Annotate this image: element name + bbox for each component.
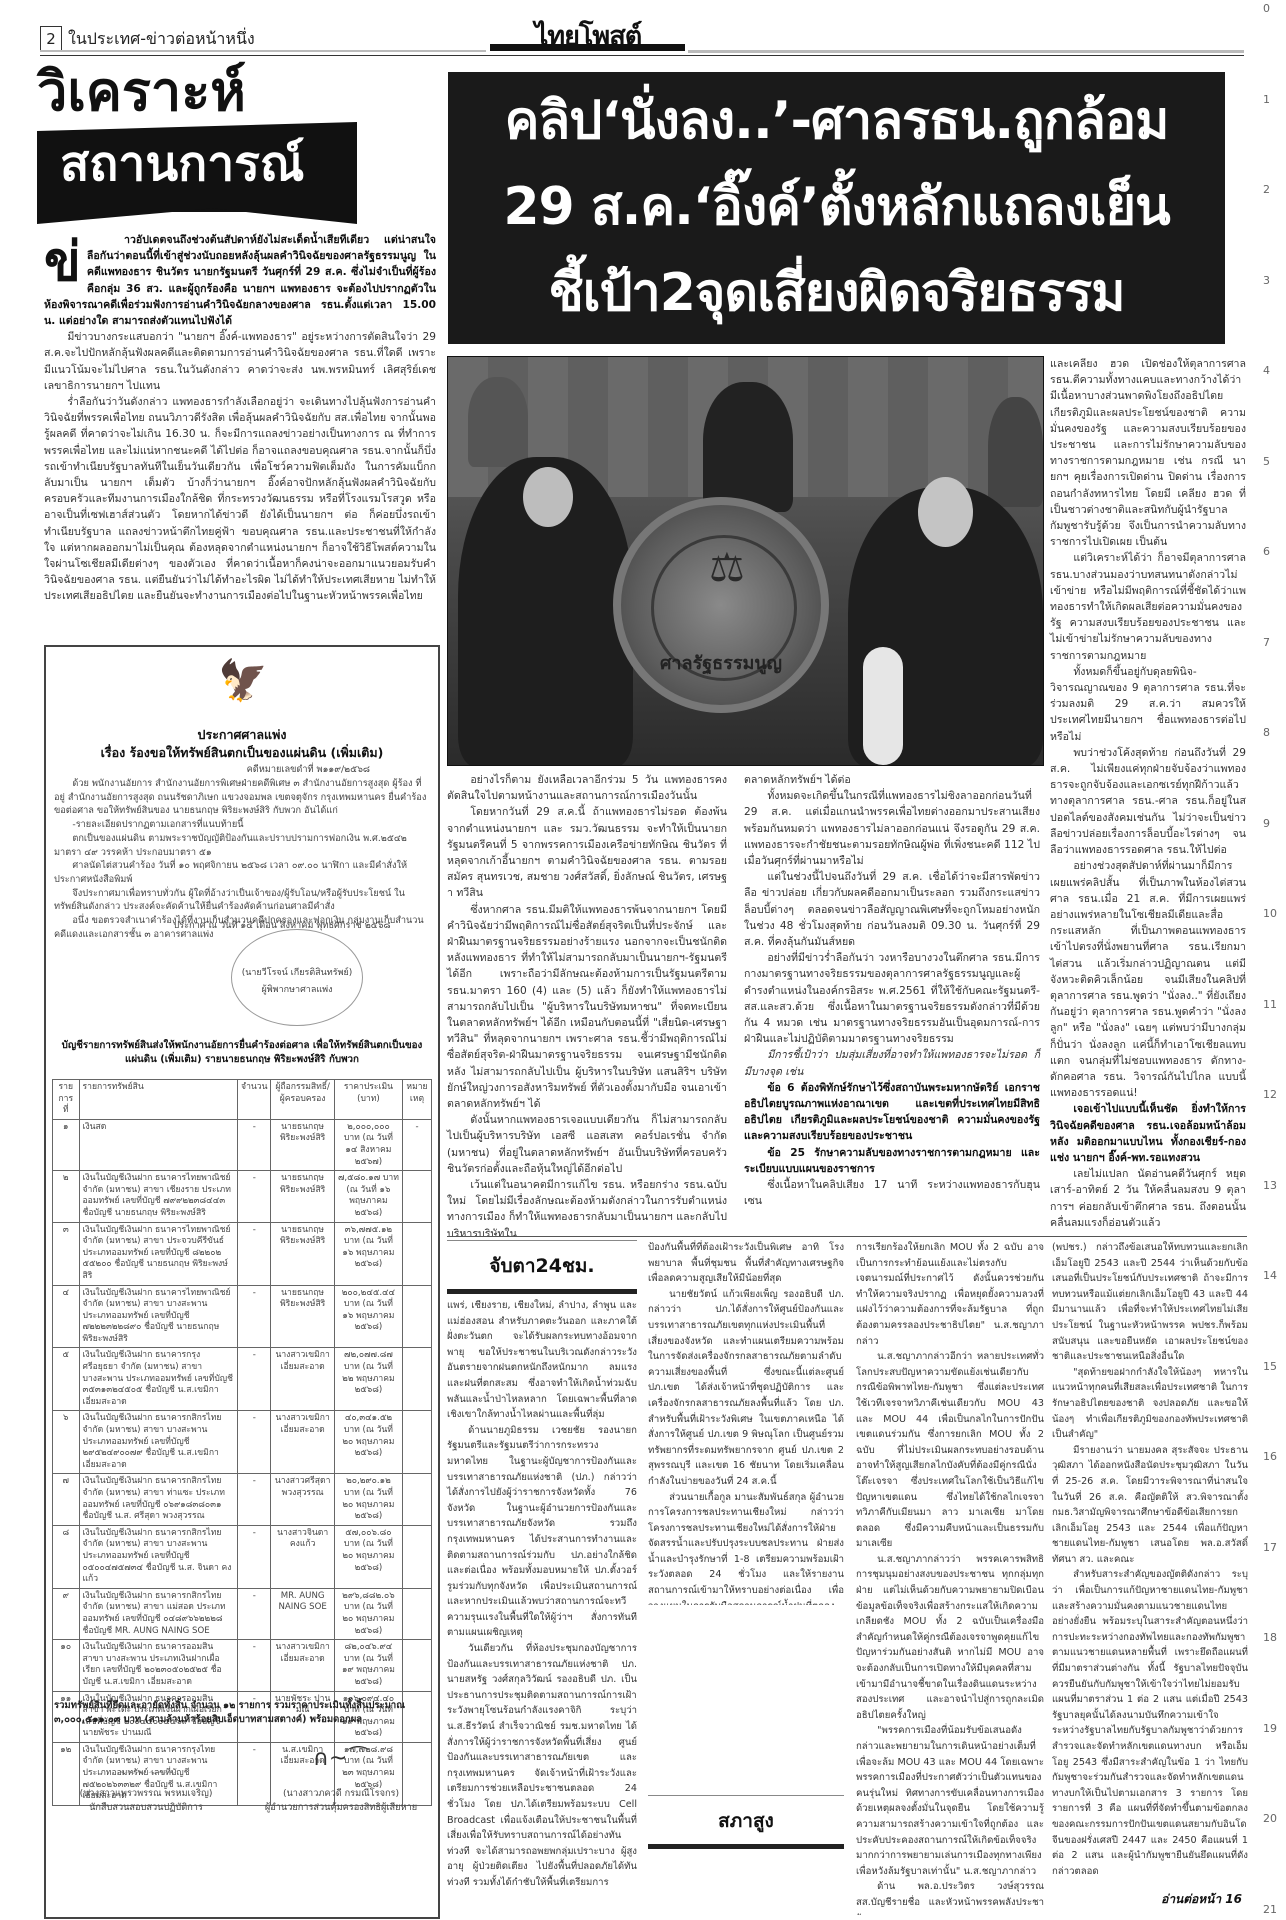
- line-number: 6: [1263, 545, 1270, 558]
- scales-icon: ⚖: [709, 545, 745, 591]
- article-paragraph: แต่ในช่วงนี้ไปจนถึงวันที่ 29 ส.ค. เชื่อไ…: [744, 869, 1040, 950]
- judge-right: [988, 397, 1043, 507]
- article-paragraph: เลยไม่แปลก นัดอ่านคดีวันศุกร์ หยุดเสาร์-…: [1050, 1166, 1246, 1231]
- article-paragraph: ดังนั้นหากแพทองธารเจอแบบเดียวกัน ก็ไม่สา…: [447, 1112, 727, 1177]
- senate-box: สภาสูง: [648, 1795, 844, 1849]
- signer-1-title: นักสืบสวนสอบสวนปฏิบัติการ: [66, 1801, 226, 1814]
- asset-table-row: ๑๐เงินในบัญชีเงินฝาก ธนาคารออมสิน สาขา บ…: [53, 1640, 432, 1691]
- article-col-2: ตลาดหลักทรัพย์ฯ ได้ต่อ ทั้งหมดจะเกิดขึ้น…: [744, 772, 1040, 1209]
- senate-col1: การเรียกร้องให้ยกเลิก MOU ทั้ง 2 ฉบับ อา…: [856, 1240, 1044, 1915]
- header-rule-right: [688, 50, 1244, 53]
- article-paragraph: โดยหากวันที่ 29 ส.ค.นี้ ถ้าแพทองธารไม่รอ…: [447, 804, 727, 901]
- continue-on-page-16[interactable]: อ่านต่อหน้า 16: [1052, 1890, 1242, 1909]
- analysis-article: ข่ าวอัปเดตจนถึงช่วงต้นสัปดาห์ยังไม่สะเด…: [44, 232, 436, 605]
- signer-1-name: (นางสาวแพรวพรรณ พรหมเจริญ): [66, 1787, 226, 1800]
- notice-title: ประกาศศาลแพ่ง: [46, 725, 438, 745]
- asset-table-row: ๓เงินในบัญชีเงินฝาก ธนาคารไทยพาณิชย์ จำก…: [53, 1222, 432, 1285]
- line-number: 21: [1263, 1903, 1277, 1916]
- asset-summary: รวมทรัพย์สินที่ยึดและอายัดทั้งสิ้น จำนวน…: [54, 1699, 430, 1727]
- line-number: 2: [1263, 183, 1270, 196]
- logo-tagline-bar: [490, 44, 685, 51]
- notice-subject: เรื่อง ร้องขอให้ทรัพย์สินตกเป็นของแผ่นดิ…: [46, 743, 438, 763]
- page-number: 2: [40, 26, 62, 52]
- line-number: 20: [1263, 1812, 1277, 1825]
- court-stamp: (นายวีโรจน์ เกียรติสินทรัพย์) ผู้พิพากษา…: [231, 929, 363, 1026]
- asset-table-row: ๙เงินในบัญชีเงินฝาก ธนาคารกสิกรไทย จำกัด…: [53, 1588, 432, 1639]
- line-number: 8: [1263, 726, 1270, 739]
- line-number: 18: [1263, 1631, 1277, 1644]
- watch24-title: จับตา24ชม.: [447, 1251, 637, 1281]
- line-number: 12: [1263, 1088, 1277, 1101]
- article-paragraph: ซึ่งหากศาล รธน.มีมติให้แพทองธารพ้นจากนาย…: [447, 902, 727, 1113]
- line-number: 16: [1263, 1450, 1277, 1463]
- asset-table-row: ๑เงินสด-นายธนกฤษ พิริยะพงษ์สิริ๒,๐๐๐,๐๐๐…: [53, 1119, 432, 1170]
- line-number: 1: [1263, 93, 1270, 106]
- article-paragraph-bold: เจอเข้าไปแบบนี้เห็นชัด ยิ่งทำให้การวินิจ…: [1050, 1101, 1246, 1166]
- asset-table-row: ๘เงินในบัญชีเงินฝาก ธนาคารกสิกรไทย จำกัด…: [53, 1525, 432, 1588]
- line-number: 17: [1263, 1541, 1277, 1554]
- article-paragraph: อย่างไรก็ตาม ยังเหลือเวลาอีกร่วม 5 วัน แ…: [447, 772, 727, 804]
- line-number: 11: [1263, 998, 1277, 1011]
- seal-text: ศาลรัฐธรรมนูญ: [621, 648, 821, 677]
- article-paragraph: ทั้งหมดก็ขึ้นอยู่กับดุลยพินิจ-วิจารณญาณข…: [1050, 664, 1246, 745]
- article-paragraph: อย่างช่วงสุดสัปดาห์ที่ผ่านมาก็มีการเผยแพ…: [1050, 858, 1246, 1101]
- notice-body: ด้วย พนักงานอัยการ สำนักงานอัยการพิเศษฝ่…: [54, 777, 430, 941]
- line-number: 0: [1263, 2, 1270, 15]
- signer-2-name: (นางสาวภควดี กรมณีโรจกร): [246, 1787, 436, 1800]
- asset-list-title: บัญชีรายการทรัพย์สินส่งให้พนักงานอัยการย…: [56, 1039, 428, 1067]
- asset-table: ราย การที่ รายการทรัพย์สิน จำนวน ผู้ถือก…: [52, 1079, 432, 1806]
- article-col-1: อย่างไรก็ตาม ยังเหลือเวลาอีกร่วม 5 วัน แ…: [447, 772, 727, 1242]
- judge-center: [703, 382, 793, 512]
- line-number: 19: [1263, 1722, 1277, 1735]
- analysis-paragraph: ร่ำลือกันว่าวันดังกล่าว แพทองธารกำลังเลื…: [44, 394, 436, 605]
- signer-2-title: ผู้อำนวยการส่วนคุ้มครองสิทธิผู้เสียหาย: [246, 1801, 436, 1814]
- asset-table-row: ๒เงินในบัญชีเงินฝาก ธนาคารไทยพาณิชย์ จำก…: [53, 1171, 432, 1222]
- asset-table-row: ๖เงินในบัญชีเงินฝาก ธนาคารกสิกรไทย จำกัด…: [53, 1411, 432, 1474]
- jasmine-garland: [863, 647, 903, 765]
- asset-table-header: ราย การที่ รายการทรัพย์สิน จำนวน ผู้ถือก…: [53, 1080, 432, 1120]
- senate-text: การเรียกร้องให้ยกเลิก MOU ทั้ง 2 ฉบับ อา…: [856, 1240, 1044, 1915]
- watch24-col2: ป้องกันพื้นที่ที่ต้องเฝ้าระวังเป็นพิเศษ …: [648, 1240, 844, 1605]
- analysis-paragraph: าวอัปเดตจนถึงช่วงต้นสัปดาห์ยังไม่สะเด็ดน…: [44, 232, 436, 329]
- article-paragraph-italic: มีการชี้เป้าว่า ปมสุ่มเสี่ยงที่อาจทำให้แ…: [744, 1047, 1040, 1079]
- analysis-paragraph: มีข่าวบางกระแสบอกว่า "นายกฯ อิ๊งค์-แพทอง…: [44, 329, 436, 394]
- line-number: 3: [1263, 274, 1270, 287]
- drop-cap: ข่: [44, 234, 81, 290]
- article-paragraph: ซึ่งเนื้อหาในคลิปเสียง 17 นาที ระหว่างแพ…: [744, 1177, 1040, 1209]
- article-paragraph: พบว่าช่วงโค้งสุดท้าย ก่อนถึงวันที่ 29 ส.…: [1050, 745, 1246, 858]
- signature-2-scribble: ∩~⌒: [246, 1752, 436, 1765]
- headline-line: คลิป‘นั่งลง..’-ศาลรธน.ถูกล้อม: [448, 78, 1225, 164]
- line-number: 13: [1263, 1179, 1277, 1192]
- line-number: 7: [1263, 636, 1270, 649]
- civil-court-notice: 🦅 ประกาศศาลแพ่ง เรื่อง ร้องขอให้ทรัพย์สิ…: [44, 645, 440, 1919]
- analysis-title-line2: สถานการณ์: [60, 134, 304, 194]
- judge-title: ผู้พิพากษาศาลแพ่ง: [232, 982, 362, 996]
- section-divider: [447, 1236, 1247, 1237]
- headline-line: ชี้เป้า2จุดเสี่ยงผิดจริยธรรม: [448, 250, 1225, 336]
- article-paragraph: แต่วิเคราะห์ได้ว่า ก็อาจมีตุลาการศาล รธน…: [1050, 550, 1246, 663]
- asset-table-row: ๗เงินในบัญชีเงินฝาก ธนาคารกสิกรไทย จำกัด…: [53, 1474, 432, 1525]
- analysis-banner-wedge: [37, 200, 357, 224]
- article-paragraph: เว้นแต่ในอนาคตมีการแก้ไข รธน. หรือยกร่าง…: [447, 1177, 727, 1242]
- notice-case-number: คดีหมายเลขดำที่ พ๑๑๙/๒๕๖๘: [54, 763, 430, 777]
- header-divider: [40, 55, 1244, 56]
- garuda-emblem-icon: 🦅: [218, 657, 266, 715]
- judge-left: [468, 377, 528, 467]
- face-right: [918, 477, 973, 547]
- notice-date: ประกาศ ณ วันที่ ๑๔ เดือน สิงหาคม พุทธศัก…: [54, 919, 430, 933]
- constitutional-court-seal: ⚖ ศาลรัฐธรรมนูญ: [613, 497, 829, 713]
- senate-title: สภาสูง: [648, 1806, 844, 1836]
- line-number: 15: [1263, 1360, 1277, 1373]
- judge-name: (นายวีโรจน์ เกียรติสินทรัพย์): [232, 965, 362, 979]
- asset-table-row: ๕เงินในบัญชีเงินฝาก ธนาคารกรุงศรีอยุธยา …: [53, 1348, 432, 1411]
- article-clause-6: ข้อ 6 ต้องพิทักษ์รักษาไว้ซึ่งสถาบันพระมห…: [744, 1080, 1040, 1145]
- article-paragraph: และเคลียง ฮวด เปิดช่องให้ตุลาการศาล รธน.…: [1050, 356, 1246, 550]
- senate-col2: (พปชร.) กล่าวถึงข้อเสนอให้ทบทวนและยกเลิก…: [1052, 1240, 1248, 1890]
- article-col-right-upper: และเคลียง ฮวด เปิดช่องให้ตุลาการศาล รธน.…: [1050, 356, 1246, 1231]
- article-clause-25: ข้อ 25 รักษาความลับของทางราชการตามกฎหมาย…: [744, 1145, 1040, 1177]
- header-rule-left: [40, 50, 486, 52]
- watch24-text: ป้องกันพื้นที่ที่ต้องเฝ้าระวังเป็นพิเศษ …: [648, 1240, 844, 1605]
- article-paragraph: ตลาดหลักทรัพย์ฯ ได้ต่อ: [744, 772, 1040, 788]
- headline-line: 29 ส.ค.‘อิ๊งค์’ตั้งหลักแถลงเย็น: [448, 164, 1225, 250]
- article-paragraph: อย่างที่มีข่าวร่ำลือกันว่า วงหารือบางวงใ…: [744, 950, 1040, 1047]
- line-number: 5: [1263, 455, 1270, 468]
- face-left: [523, 467, 573, 527]
- watch24-text: แพร่, เชียงราย, เชียงใหม่, ลำปาง, ลำพูน …: [447, 1298, 637, 1891]
- line-number: 4: [1263, 364, 1270, 377]
- section-title: ในประเทศ-ข่าวต่อหน้าหนึ่ง: [68, 27, 255, 52]
- watch24-col1: แพร่, เชียงราย, เชียงใหม่, ลำปาง, ลำพูน …: [447, 1298, 637, 1891]
- main-headline-box: คลิป‘นั่งลง..’-ศาลรธน.ถูกล้อม 29 ส.ค.‘อิ…: [448, 72, 1225, 344]
- signature-1-scribble: ～～～ ～～～: [66, 1767, 226, 1780]
- court-photo: ⚖ ศาลรัฐธรรมนูญ: [447, 356, 1044, 766]
- line-number: 9: [1263, 817, 1270, 830]
- senate-text: (พปชร.) กล่าวถึงข้อเสนอให้ทบทวนและยกเลิก…: [1052, 1240, 1248, 1879]
- article-paragraph: ทั้งหมดจะเกิดขึ้นในกรณีที่แพทองธารไม่ชิง…: [744, 788, 1040, 869]
- line-number: 10: [1263, 907, 1277, 920]
- watch24-box: จับตา24ชม.: [447, 1240, 637, 1294]
- line-number: 14: [1263, 1269, 1277, 1282]
- analysis-title-line1: วิเคราะห์: [37, 62, 246, 122]
- asset-table-row: ๔เงินในบัญชีเงินฝาก ธนาคารไทยพาณิชย์ จำก…: [53, 1285, 432, 1348]
